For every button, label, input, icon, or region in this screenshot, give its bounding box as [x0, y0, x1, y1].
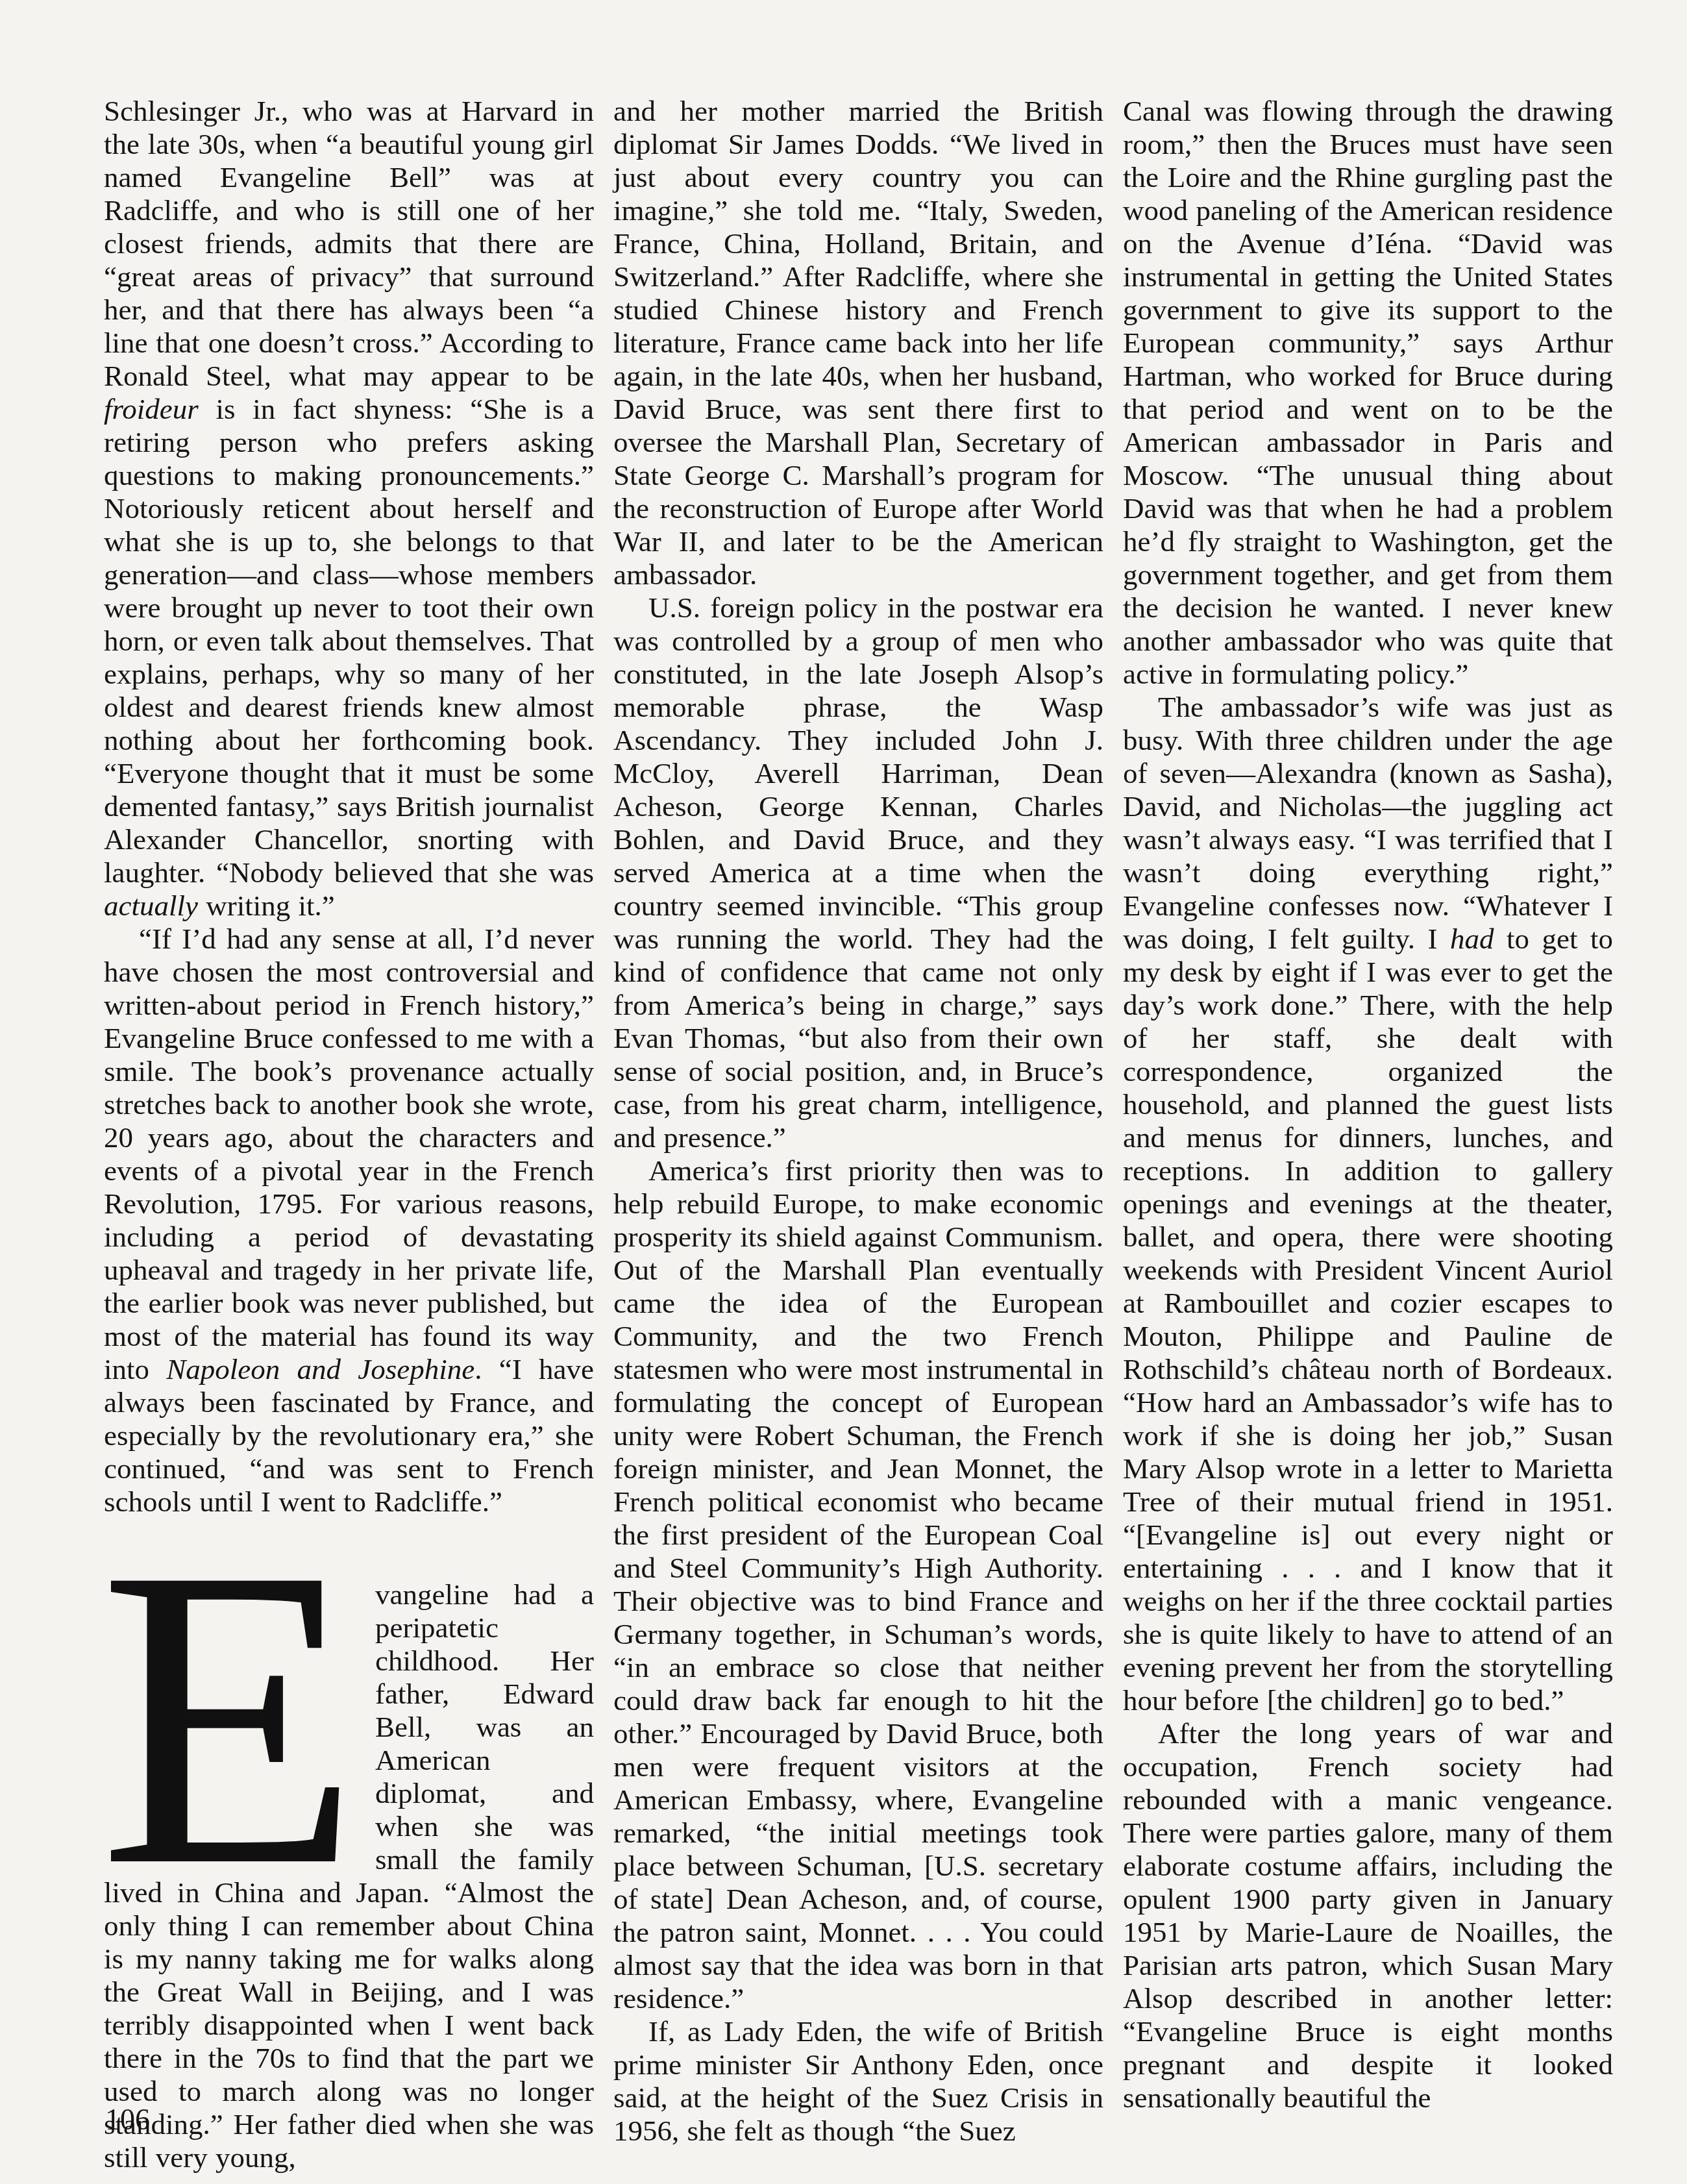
paragraph: Schlesinger Jr., who was at Harvard in t…: [104, 95, 594, 923]
text-column-2: and her mother married the British diplo…: [613, 95, 1103, 2174]
article-columns: Schlesinger Jr., who was at Harvard in t…: [104, 95, 1613, 2174]
paragraph: and her mother married the British diplo…: [613, 95, 1103, 591]
paragraph: The ambassador’s wife was just as busy. …: [1123, 691, 1613, 1717]
text-column-1: Schlesinger Jr., who was at Harvard in t…: [104, 95, 594, 2174]
paragraph: “If I’d had any sense at all, I’d never …: [104, 923, 594, 1519]
paragraph: Canal was flowing through the drawing ro…: [1123, 95, 1613, 691]
magazine-page: Schlesinger Jr., who was at Harvard in t…: [0, 0, 1687, 2184]
paragraph: If, as Lady Eden, the wife of British pr…: [613, 2015, 1103, 2148]
page-number: 106: [105, 2103, 150, 2136]
text-column-3: Canal was flowing through the drawing ro…: [1123, 95, 1613, 2174]
paragraph: Evangeline had a peripatetic childhood. …: [104, 1578, 594, 2174]
paragraph: America’s first priority then was to hel…: [613, 1154, 1103, 2015]
paragraph: After the long years of war and occupati…: [1123, 1717, 1613, 2115]
drop-cap: E: [104, 1578, 369, 1876]
paragraph: U.S. foreign policy in the postwar era w…: [613, 591, 1103, 1154]
